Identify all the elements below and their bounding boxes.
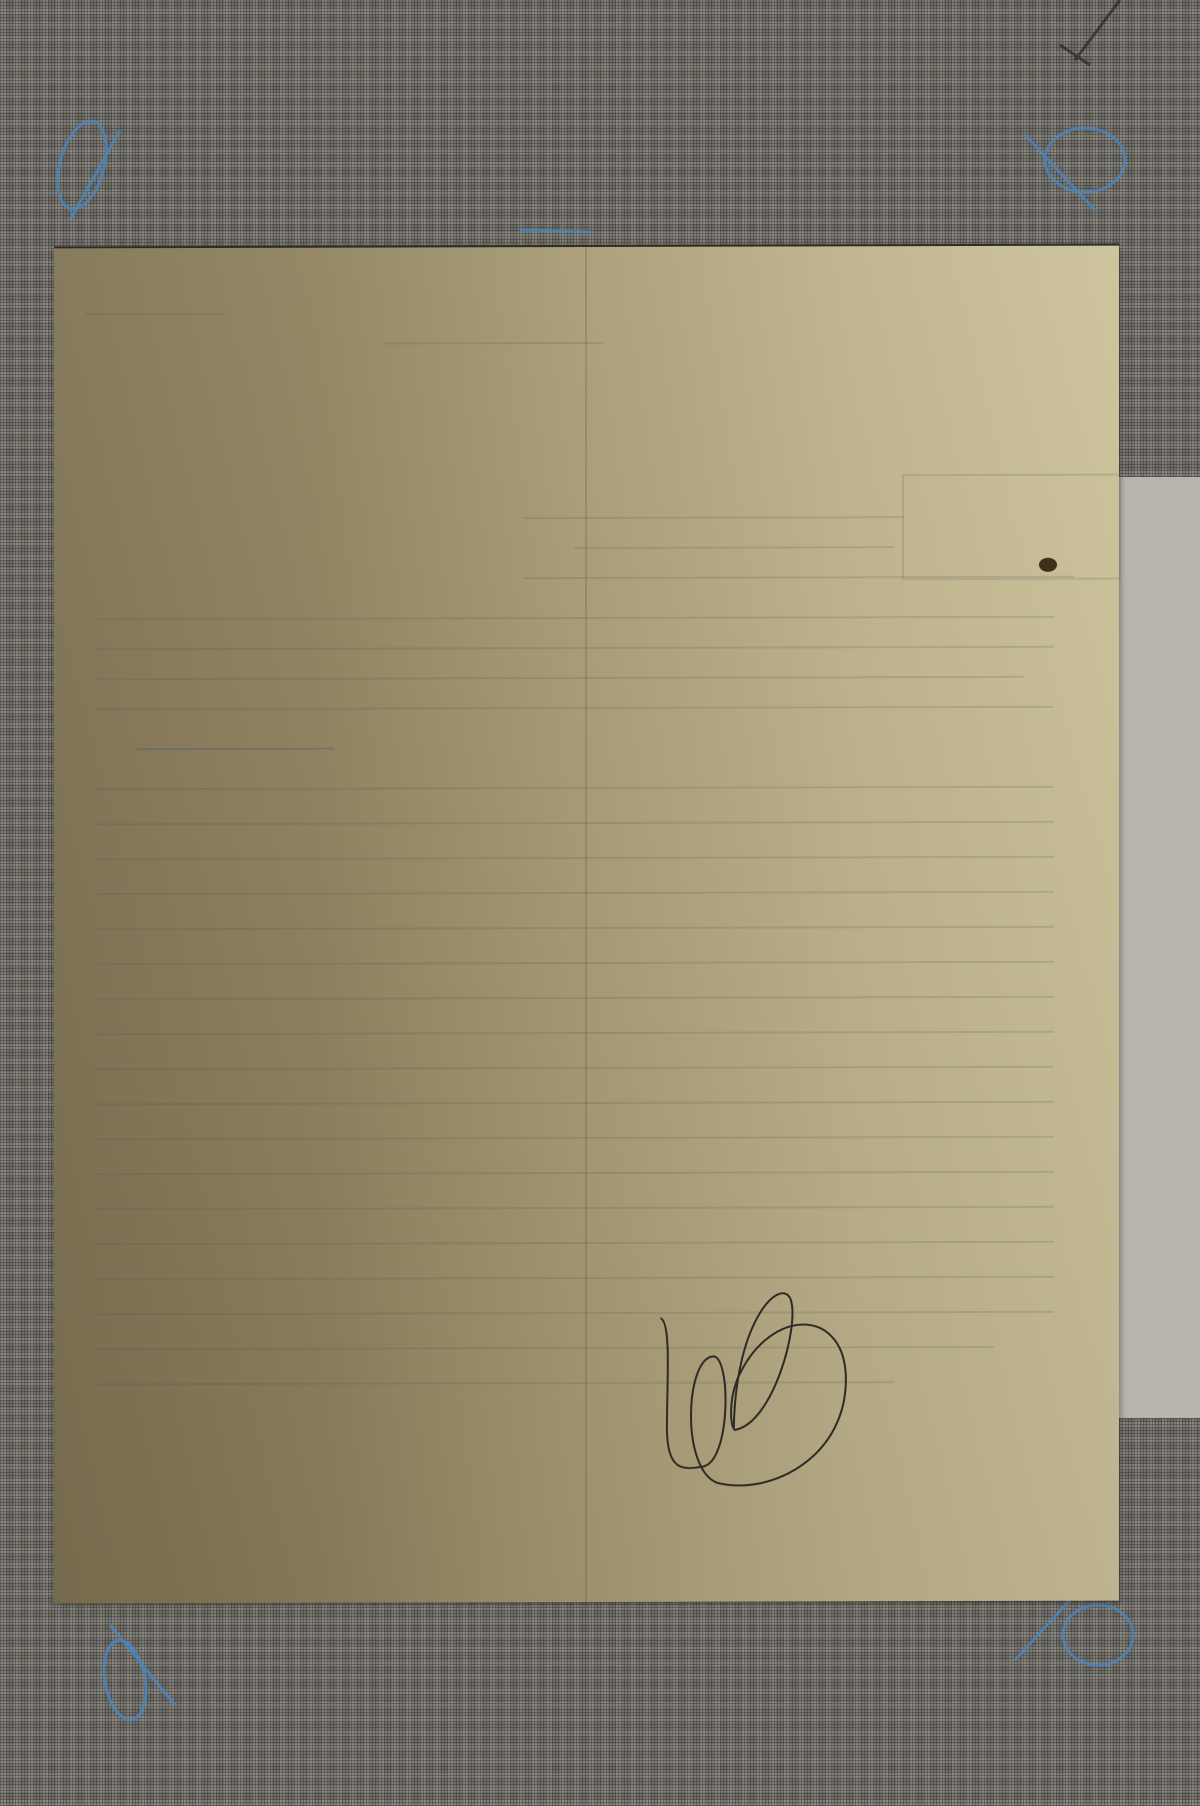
fold-line: [585, 247, 587, 1602]
ink-stain: [1039, 558, 1057, 572]
blue-mark-bottom-right: [1063, 1605, 1133, 1665]
blue-mark-bottom-left: [98, 1637, 151, 1723]
boxed-note-area: [902, 474, 1121, 581]
letter-page: [54, 246, 1119, 1604]
pencil-loop-mark: [644, 1266, 864, 1507]
blue-mark-top-right: [1045, 128, 1125, 192]
